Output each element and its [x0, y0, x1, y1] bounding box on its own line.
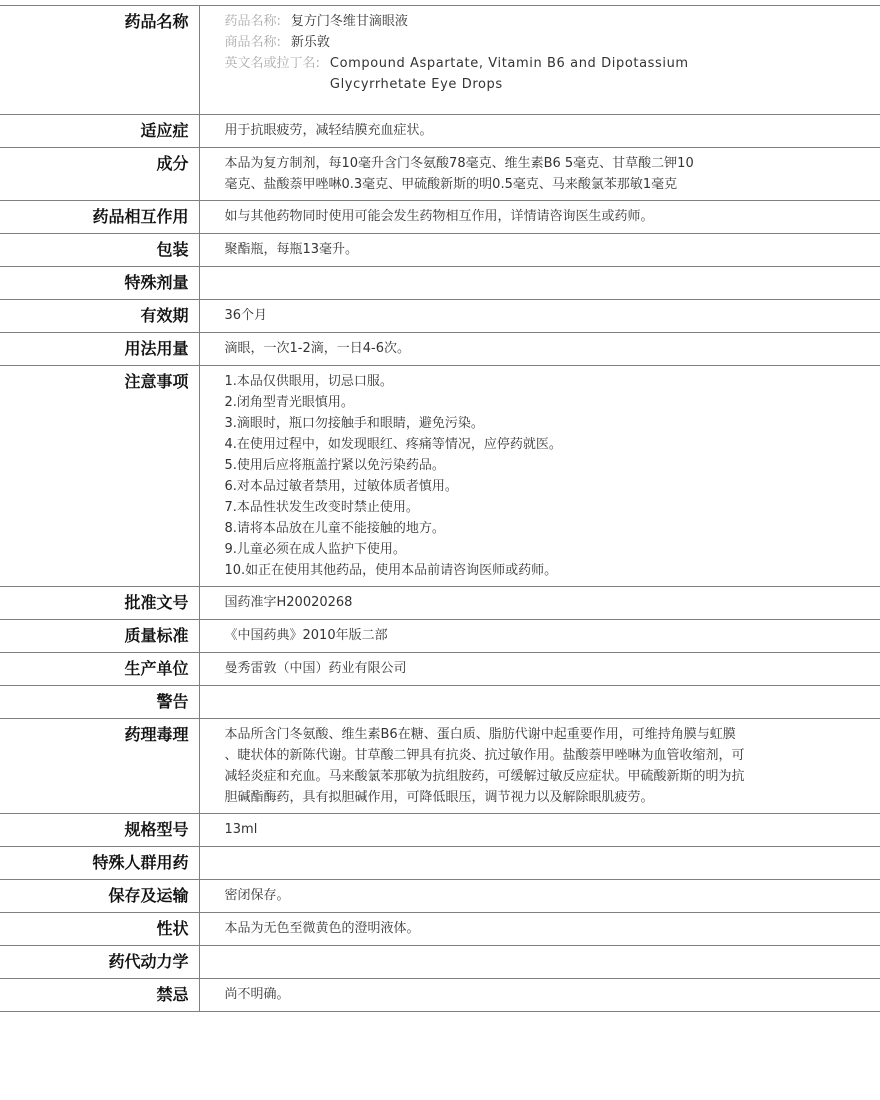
table-row: 禁忌尚不明确。 — [0, 979, 880, 1012]
table-row: 适应症用于抗眼疲劳，减轻结膜充血症状。 — [0, 115, 880, 148]
trade-name-value: 新乐敦 — [291, 32, 330, 53]
value-line: 本品所含门冬氨酸、维生素B6在糖、蛋白质、脂肪代谢中起重要作用，可维持角膜与虹膜 — [225, 724, 880, 745]
english-name-key: 英文名或拉丁名: — [225, 53, 320, 95]
trade-name-key: 商品名称: — [225, 32, 281, 53]
row-value: 滴眼，一次1-2滴，一日4-6次。 — [199, 333, 880, 366]
value-line: 1.本品仅供眼用，切忌口服。 — [225, 371, 880, 392]
row-value: 国药准字H20020268 — [199, 587, 880, 620]
value-line: 如与其他药物同时使用可能会发生药物相互作用，详情请咨询医生或药师。 — [225, 206, 880, 227]
generic-name-value: 复方门冬维甘滴眼液 — [291, 11, 408, 32]
value-line: 、睫状体的新陈代谢。甘草酸二钾具有抗炎、抗过敏作用。盐酸萘甲唑啉为血管收缩剂，可 — [225, 745, 880, 766]
table-row: 包装聚酯瓶，每瓶13毫升。 — [0, 234, 880, 267]
row-value: 用于抗眼疲劳，减轻结膜充血症状。 — [199, 115, 880, 148]
value-line: 国药准字H20020268 — [225, 592, 880, 613]
row-value — [199, 946, 880, 979]
row-label: 禁忌 — [0, 979, 199, 1012]
value-line: 7.本品性状发生改变时禁止使用。 — [225, 497, 880, 518]
value-line: 聚酯瓶，每瓶13毫升。 — [225, 239, 880, 260]
table-row: 特殊人群用药 — [0, 847, 880, 880]
table-row: 注意事项1.本品仅供眼用，切忌口服。2.闭角型青光眼慎用。3.滴眼时，瓶口勿接触… — [0, 366, 880, 587]
table-row: 成分本品为复方制剂，每10毫升含门冬氨酸78毫克、维生素B6 5毫克、甘草酸二钾… — [0, 148, 880, 201]
row-value: 13ml — [199, 814, 880, 847]
value-line: 2.闭角型青光眼慎用。 — [225, 392, 880, 413]
row-label: 性状 — [0, 913, 199, 946]
row-value: 尚不明确。 — [199, 979, 880, 1012]
table-row: 警告 — [0, 686, 880, 719]
table-row: 药代动力学 — [0, 946, 880, 979]
row-value: 如与其他药物同时使用可能会发生药物相互作用，详情请咨询医生或药师。 — [199, 201, 880, 234]
row-label: 药理毒理 — [0, 719, 199, 814]
table-row: 特殊剂量 — [0, 267, 880, 300]
value-line: 13ml — [225, 819, 880, 840]
value-line: 本品为复方制剂，每10毫升含门冬氨酸78毫克、维生素B6 5毫克、甘草酸二钾10 — [225, 153, 880, 174]
table-row: 用法用量滴眼，一次1-2滴，一日4-6次。 — [0, 333, 880, 366]
row-label: 包装 — [0, 234, 199, 267]
table-row: 质量标准《中国药典》2010年版二部 — [0, 620, 880, 653]
table-row: 药理毒理本品所含门冬氨酸、维生素B6在糖、蛋白质、脂肪代谢中起重要作用，可维持角… — [0, 719, 880, 814]
row-label: 特殊剂量 — [0, 267, 199, 300]
value-line: 36个月 — [225, 305, 880, 326]
row-value: 《中国药典》2010年版二部 — [199, 620, 880, 653]
row-label: 药品相互作用 — [0, 201, 199, 234]
value-line: 毫克、盐酸萘甲唑啉0.3毫克、甲硫酸新斯的明0.5毫克、马来酸氯苯那敏1毫克 — [225, 174, 880, 195]
row-label: 特殊人群用药 — [0, 847, 199, 880]
value-line: 密闭保存。 — [225, 885, 880, 906]
table-row: 有效期36个月 — [0, 300, 880, 333]
row-value: 36个月 — [199, 300, 880, 333]
value-line: 9.儿童必须在成人监护下使用。 — [225, 539, 880, 560]
row-label: 适应症 — [0, 115, 199, 148]
row-value: 本品所含门冬氨酸、维生素B6在糖、蛋白质、脂肪代谢中起重要作用，可维持角膜与虹膜… — [199, 719, 880, 814]
table-row: 规格型号13ml — [0, 814, 880, 847]
row-label: 质量标准 — [0, 620, 199, 653]
row-label: 规格型号 — [0, 814, 199, 847]
table-row: 批准文号国药准字H20020268 — [0, 587, 880, 620]
value-line: 本品为无色至微黄色的澄明液体。 — [225, 918, 880, 939]
row-drug-name: 药品名称 药品名称:复方门冬维甘滴眼液 商品名称:新乐敦 英文名或拉丁名: Co… — [0, 6, 880, 115]
row-label: 有效期 — [0, 300, 199, 333]
label-drug-name: 药品名称 — [0, 6, 199, 115]
row-label: 用法用量 — [0, 333, 199, 366]
table-row: 药品相互作用如与其他药物同时使用可能会发生药物相互作用，详情请咨询医生或药师。 — [0, 201, 880, 234]
value-line: 6.对本品过敏者禁用，过敏体质者慎用。 — [225, 476, 880, 497]
drug-spec-table: 药品名称 药品名称:复方门冬维甘滴眼液 商品名称:新乐敦 英文名或拉丁名: Co… — [0, 5, 880, 1012]
value-line: 《中国药典》2010年版二部 — [225, 625, 880, 646]
value-line: 减轻炎症和充血。马来酸氯苯那敏为抗组胺药，可缓解过敏反应症状。甲硫酸新斯的明为抗 — [225, 766, 880, 787]
row-value — [199, 847, 880, 880]
row-label: 保存及运输 — [0, 880, 199, 913]
row-value: 本品为无色至微黄色的澄明液体。 — [199, 913, 880, 946]
row-label: 警告 — [0, 686, 199, 719]
row-label: 注意事项 — [0, 366, 199, 587]
value-line: 5.使用后应将瓶盖拧紧以免污染药品。 — [225, 455, 880, 476]
row-value — [199, 686, 880, 719]
row-value: 密闭保存。 — [199, 880, 880, 913]
value-line: 尚不明确。 — [225, 984, 880, 1005]
english-name-line2: Glycyrrhetate Eye Drops — [330, 74, 689, 95]
value-line: 10.如正在使用其他药品，使用本品前请咨询医师或药师。 — [225, 560, 880, 581]
value-line: 8.请将本品放在儿童不能接触的地方。 — [225, 518, 880, 539]
english-name-line1: Compound Aspartate, Vitamin B6 and Dipot… — [330, 53, 689, 74]
generic-name-key: 药品名称: — [225, 11, 281, 32]
row-value: 本品为复方制剂，每10毫升含门冬氨酸78毫克、维生素B6 5毫克、甘草酸二钾10… — [199, 148, 880, 201]
table-row: 生产单位曼秀雷敦（中国）药业有限公司 — [0, 653, 880, 686]
value-line: 滴眼，一次1-2滴，一日4-6次。 — [225, 338, 880, 359]
row-label: 成分 — [0, 148, 199, 201]
value-line: 4.在使用过程中，如发现眼红、疼痛等情况，应停药就医。 — [225, 434, 880, 455]
value-drug-name: 药品名称:复方门冬维甘滴眼液 商品名称:新乐敦 英文名或拉丁名: Compoun… — [199, 6, 880, 115]
value-line: 胆碱酯酶药，具有拟胆碱作用，可降低眼压，调节视力以及解除眼肌疲劳。 — [225, 787, 880, 808]
table-row: 性状本品为无色至微黄色的澄明液体。 — [0, 913, 880, 946]
value-line: 曼秀雷敦（中国）药业有限公司 — [225, 658, 880, 679]
row-label: 批准文号 — [0, 587, 199, 620]
value-line: 3.滴眼时，瓶口勿接触手和眼睛，避免污染。 — [225, 413, 880, 434]
row-value: 曼秀雷敦（中国）药业有限公司 — [199, 653, 880, 686]
value-line: 用于抗眼疲劳，减轻结膜充血症状。 — [225, 120, 880, 141]
row-label: 药代动力学 — [0, 946, 199, 979]
row-value: 聚酯瓶，每瓶13毫升。 — [199, 234, 880, 267]
row-label: 生产单位 — [0, 653, 199, 686]
table-row: 保存及运输密闭保存。 — [0, 880, 880, 913]
row-value — [199, 267, 880, 300]
row-value: 1.本品仅供眼用，切忌口服。2.闭角型青光眼慎用。3.滴眼时，瓶口勿接触手和眼睛… — [199, 366, 880, 587]
